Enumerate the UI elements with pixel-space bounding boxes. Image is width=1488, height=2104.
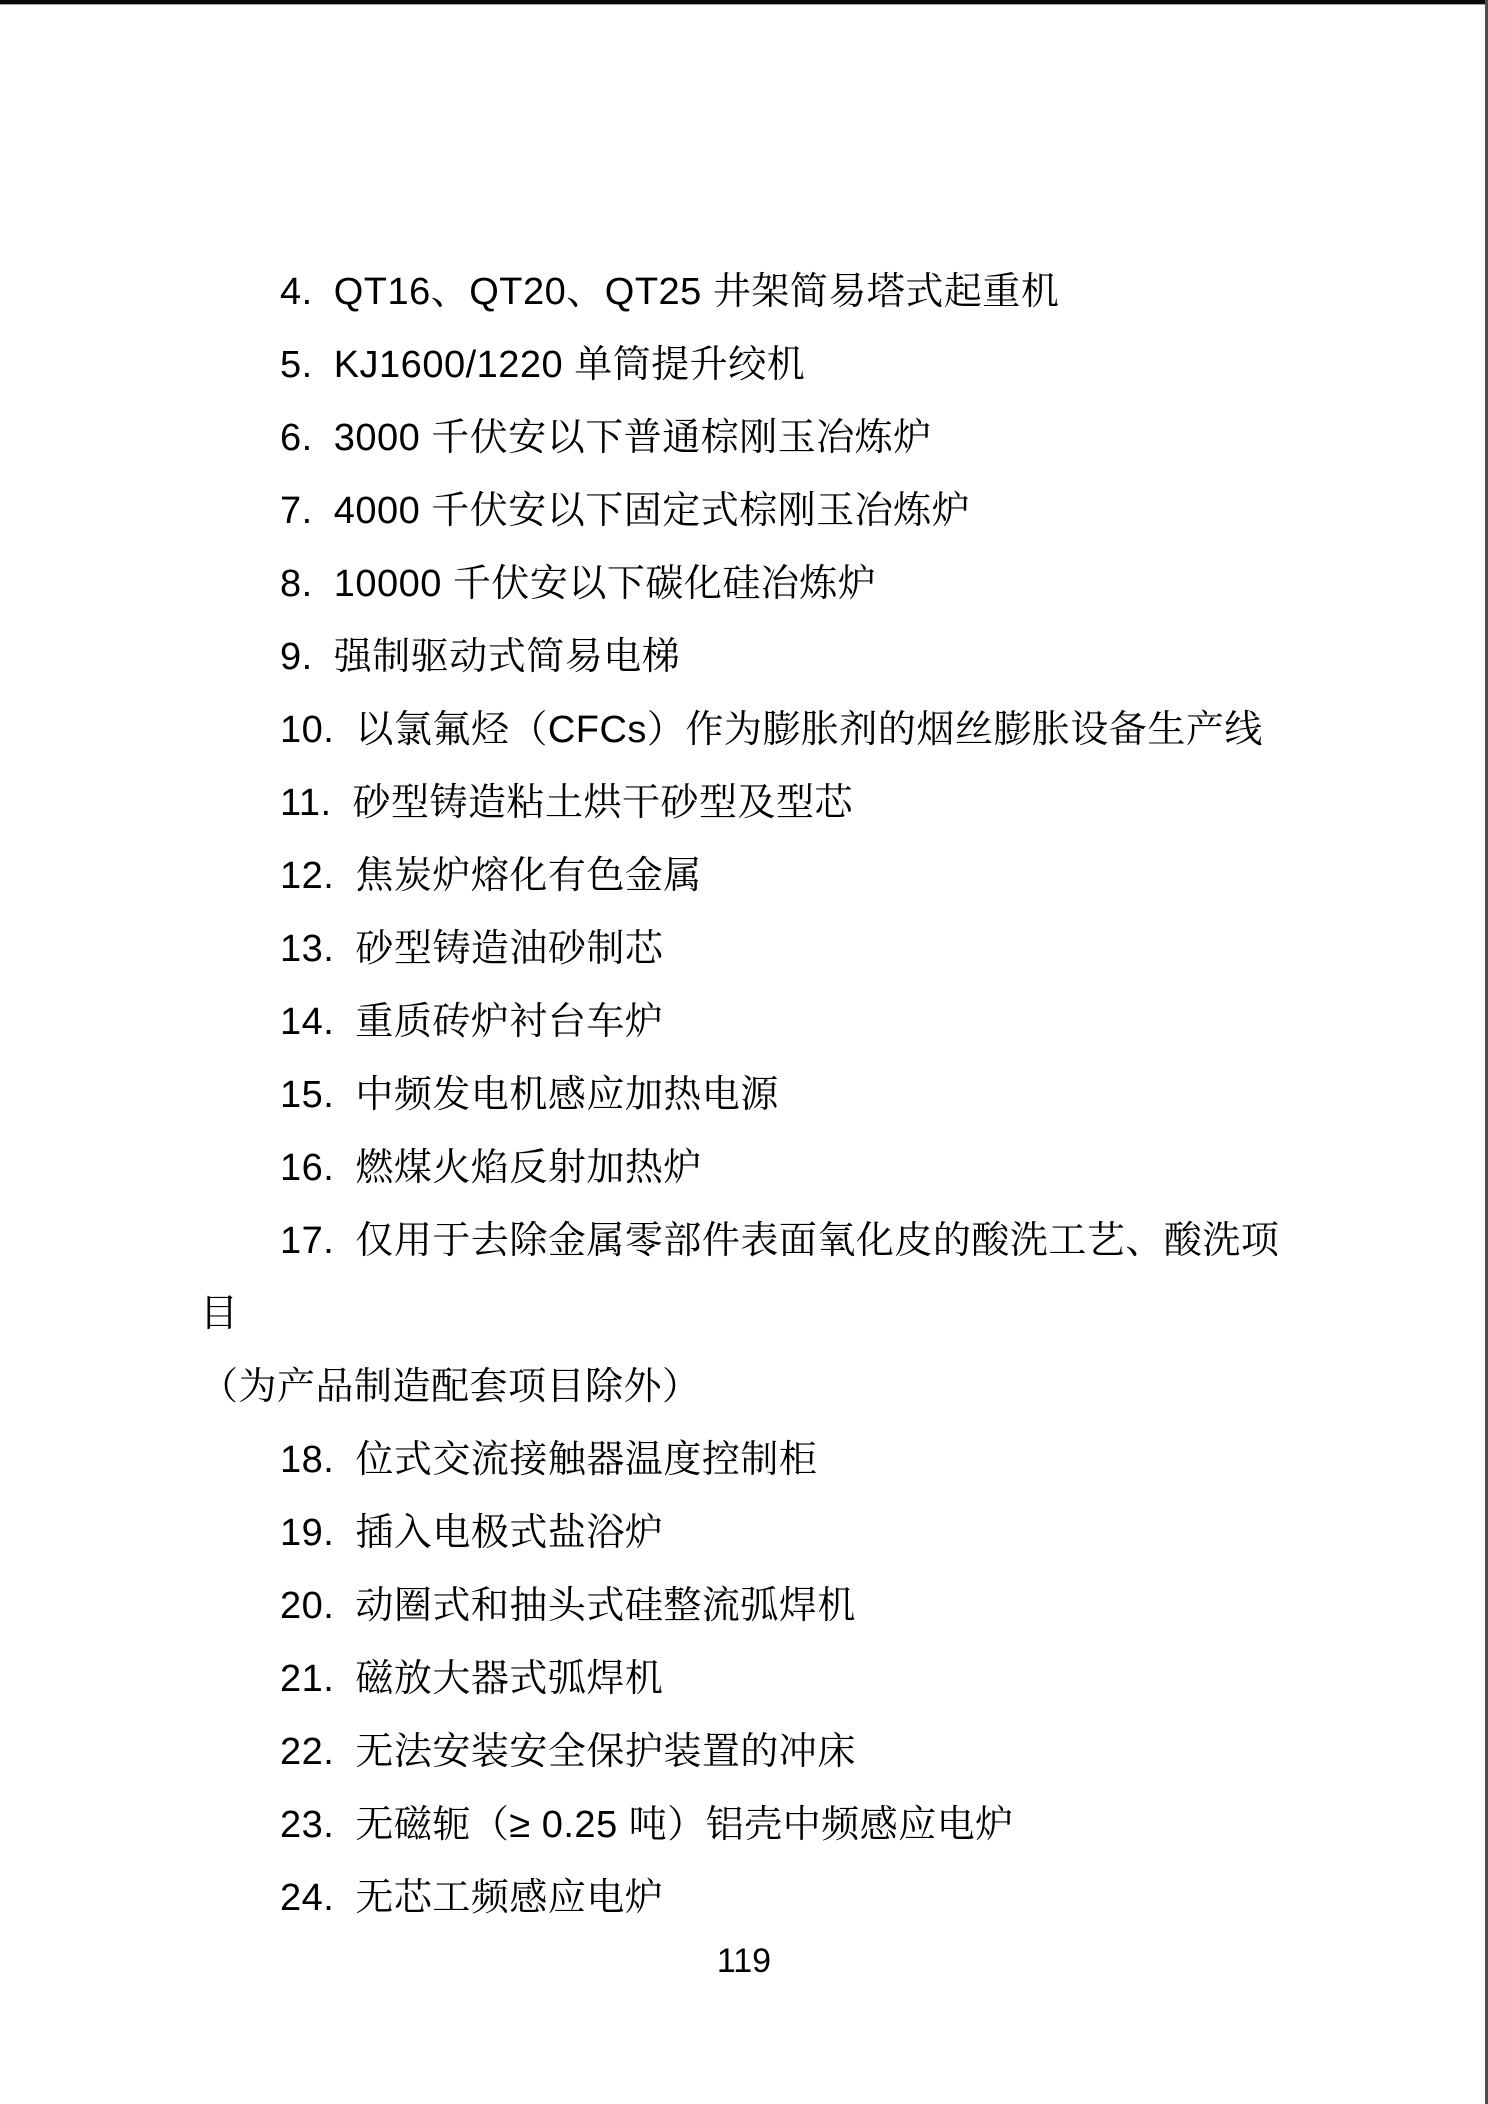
list-item: 7.4000 千伏安以下固定式棕刚玉冶炼炉 — [200, 475, 1288, 548]
item-number: 12. — [280, 855, 334, 897]
list-item: 19.插入电极式盐浴炉 — [200, 1497, 1288, 1570]
item-number: 16. — [280, 1147, 334, 1189]
item-text: 砂型铸造油砂制芯 — [355, 928, 663, 970]
item-text: 10000 千伏安以下碳化硅冶炼炉 — [334, 563, 877, 605]
item-text: 无磁轭（≥ 0.25 吨）铝壳中频感应电炉 — [355, 1804, 1013, 1846]
document-body: 4.QT16、QT20、QT25 井架简易塔式起重机5.KJ1600/1220 … — [0, 0, 1488, 1935]
item-text: 3000 千伏安以下普通棕刚玉冶炼炉 — [334, 417, 932, 459]
item-number: 23. — [280, 1804, 334, 1846]
item-text: 插入电极式盐浴炉 — [355, 1512, 663, 1554]
list-item: 18.位式交流接触器温度控制柜 — [200, 1424, 1288, 1497]
item-number: 4. — [280, 271, 313, 313]
item-number: 24. — [280, 1877, 334, 1919]
item-text: 强制驱动式简易电梯 — [334, 636, 681, 678]
list-item: 5.KJ1600/1220 单筒提升绞机 — [200, 329, 1288, 402]
item-text: 动圈式和抽头式硅整流弧焊机 — [355, 1585, 856, 1627]
item-number: 8. — [280, 563, 313, 605]
item-text: 无芯工频感应电炉 — [355, 1877, 663, 1919]
item-text: 燃煤火焰反射加热炉 — [355, 1147, 702, 1189]
list-item: 23.无磁轭（≥ 0.25 吨）铝壳中频感应电炉 — [200, 1789, 1288, 1862]
item-text: 以氯氟烃（CFCs）作为膨胀剂的烟丝膨胀设备生产线 — [355, 709, 1263, 751]
item-number: 6. — [280, 417, 313, 459]
list-item: 22.无法安装安全保护装置的冲床 — [200, 1716, 1288, 1789]
item-number: 18. — [280, 1439, 334, 1481]
item-number: 7. — [280, 490, 313, 532]
page-top-border — [0, 0, 1488, 5]
item-text: 焦炭炉熔化有色金属 — [355, 855, 702, 897]
item-text: 中频发电机感应加热电源 — [355, 1074, 779, 1116]
item-text: 位式交流接触器温度控制柜 — [355, 1439, 817, 1481]
list-item: 14.重质砖炉衬台车炉 — [200, 986, 1288, 1059]
item-number: 13. — [280, 928, 334, 970]
item-text: QT16、QT20、QT25 井架简易塔式起重机 — [334, 271, 1060, 313]
list-item: 10.以氯氟烃（CFCs）作为膨胀剂的烟丝膨胀设备生产线 — [200, 694, 1288, 767]
item-number: 19. — [280, 1512, 334, 1554]
item-number: 21. — [280, 1658, 334, 1700]
list-item: 8.10000 千伏安以下碳化硅冶炼炉 — [200, 548, 1288, 621]
item-number: 9. — [280, 636, 313, 678]
item-number: 10. — [280, 709, 334, 751]
list-item: 4.QT16、QT20、QT25 井架简易塔式起重机 — [200, 256, 1288, 329]
item-number: 17. — [280, 1220, 334, 1262]
item-text: 磁放大器式弧焊机 — [355, 1658, 663, 1700]
item-text: 仅用于去除金属零部件表面氧化皮的酸洗工艺、酸洗项目 （为产品制造配套项目除外） — [200, 1220, 1279, 1408]
document-page: 4.QT16、QT20、QT25 井架简易塔式起重机5.KJ1600/1220 … — [0, 0, 1488, 2104]
item-number: 22. — [280, 1731, 334, 1773]
item-text: KJ1600/1220 单筒提升绞机 — [334, 344, 806, 386]
list-item: 20.动圈式和抽头式硅整流弧焊机 — [200, 1570, 1288, 1643]
list-item: 15.中频发电机感应加热电源 — [200, 1059, 1288, 1132]
list-item: 9.强制驱动式简易电梯 — [200, 621, 1288, 694]
item-number: 5. — [280, 344, 313, 386]
page-number: 119 — [0, 1941, 1488, 1981]
list-item: 13.砂型铸造油砂制芯 — [200, 913, 1288, 986]
list-item: 12.焦炭炉熔化有色金属 — [200, 840, 1288, 913]
item-text: 重质砖炉衬台车炉 — [355, 1001, 663, 1043]
list-item: 21.磁放大器式弧焊机 — [200, 1643, 1288, 1716]
list-item: 24.无芯工频感应电炉 — [200, 1862, 1288, 1935]
item-text: 无法安装安全保护装置的冲床 — [355, 1731, 856, 1773]
list-item: 16.燃煤火焰反射加热炉 — [200, 1132, 1288, 1205]
list-item: 11.砂型铸造粘土烘干砂型及型芯 — [200, 767, 1288, 840]
item-text: 4000 千伏安以下固定式棕刚玉冶炼炉 — [334, 490, 971, 532]
item-text: 砂型铸造粘土烘干砂型及型芯 — [353, 782, 854, 824]
item-number: 11. — [280, 782, 332, 824]
list-item: 6.3000 千伏安以下普通棕刚玉冶炼炉 — [200, 402, 1288, 475]
list-item: 17.仅用于去除金属零部件表面氧化皮的酸洗工艺、酸洗项目 （为产品制造配套项目除… — [200, 1205, 1288, 1424]
item-number: 15. — [280, 1074, 334, 1116]
item-number: 20. — [280, 1585, 334, 1627]
item-number: 14. — [280, 1001, 334, 1043]
